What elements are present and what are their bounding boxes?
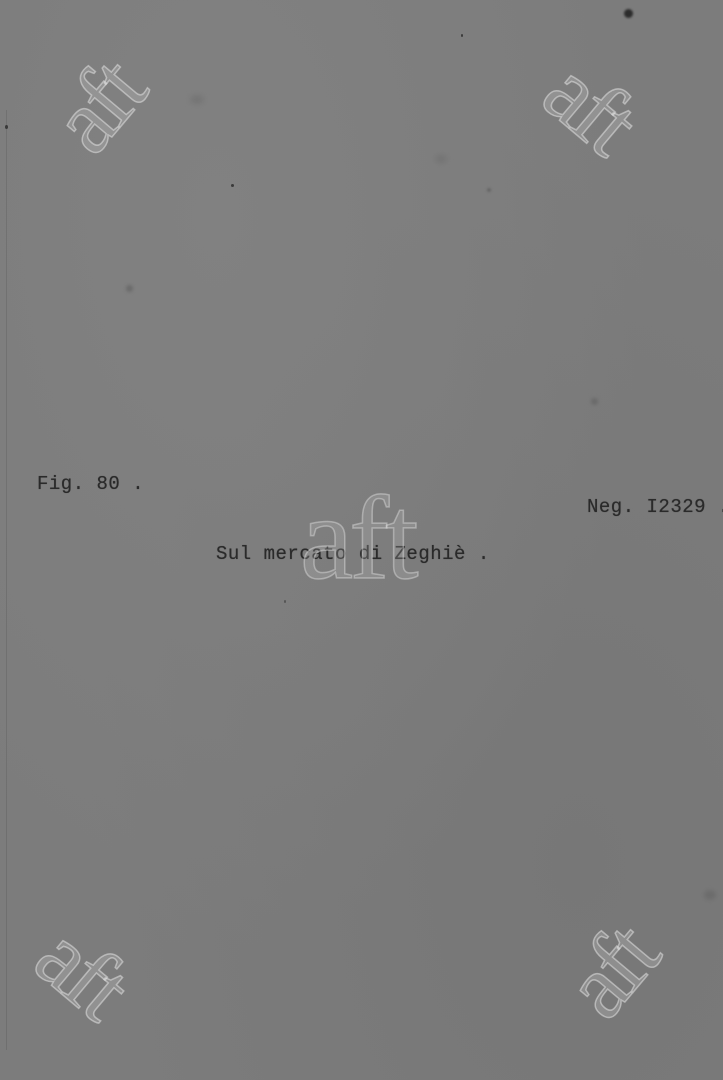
stain-spot	[704, 890, 716, 900]
stain-spot	[487, 188, 491, 192]
figure-number: Fig. 80 .	[37, 473, 144, 495]
stain-spot	[126, 285, 133, 292]
scanned-card: aft aft aft aft Fig. 80 . Neg. I2329 . S…	[0, 0, 723, 1080]
paper-edge-line	[6, 110, 7, 1050]
stain-spot	[591, 398, 598, 405]
watermark-logo: aft	[35, 44, 160, 168]
watermark-logo: aft	[548, 909, 673, 1033]
dust-speck	[461, 34, 463, 37]
dust-speck	[284, 600, 286, 603]
dust-speck	[624, 9, 633, 18]
watermark-logo-center: aft	[300, 478, 415, 598]
stain-spot	[435, 155, 447, 163]
dust-speck	[5, 125, 8, 129]
stain-spot	[190, 95, 204, 104]
negative-number: Neg. I2329 .	[587, 496, 723, 518]
photo-caption: Sul mercato di Zeghiè .	[216, 543, 490, 565]
watermark-logo: aft	[528, 43, 652, 168]
dust-speck	[231, 184, 234, 187]
watermark-logo: aft	[20, 908, 144, 1033]
